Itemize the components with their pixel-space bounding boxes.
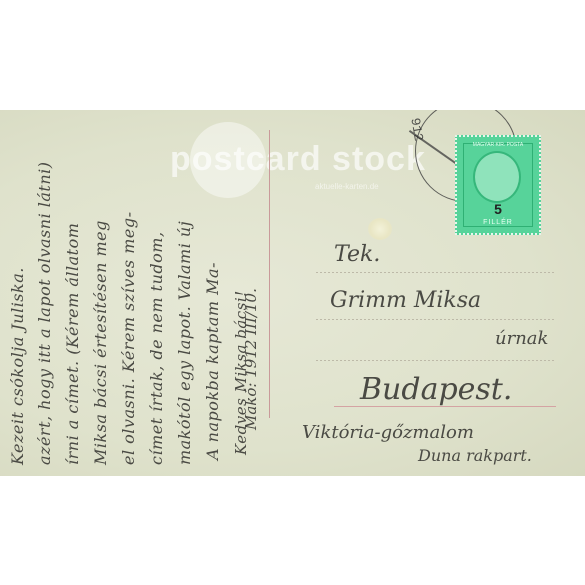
- watermark-text: postcard stock: [170, 140, 426, 179]
- message-line-7: azért, hogy itt a lapot olvasni látni): [35, 161, 54, 465]
- message-line-5: Miksa bácsi értesítésen meg: [91, 220, 110, 465]
- address-line-3: [316, 360, 556, 361]
- message-line-6: írni a címet. (Kérem állatom: [63, 223, 82, 465]
- address-line-2: [316, 319, 556, 320]
- stamp-unit: FILLÉR: [457, 219, 539, 226]
- place-date: Makó: 1912 III/10.: [242, 288, 260, 430]
- message-line-1: A napokba kaptam Ma-: [203, 262, 222, 460]
- center-divider: [269, 130, 270, 418]
- address-honorific: Tek.: [334, 242, 380, 267]
- watermark-subtext: aktuelle-karten.de: [315, 182, 379, 191]
- address-street-1: Viktória-gőzmalom: [302, 422, 474, 443]
- address-name: Grimm Miksa: [330, 288, 481, 313]
- stamp-turul-icon: [473, 151, 521, 203]
- stamp-value: 5: [457, 201, 539, 217]
- message-line-3: címet írtak, de nem tudom,: [147, 231, 166, 465]
- stain: [368, 218, 392, 240]
- postage-stamp: MAGYAR KIR. POSTA 5 FILLÉR: [455, 135, 541, 235]
- postmark-year: 912: [407, 117, 426, 143]
- address-city: Budapest.: [360, 372, 512, 407]
- message-line-2: makótól egy lapot. Valami új: [175, 221, 194, 465]
- message-line-8: Kezeit csókolja Juliska.: [8, 267, 27, 465]
- postcard-back: postcard stock aktuelle-karten.de Kedves…: [0, 110, 585, 476]
- address-line-1: [316, 272, 556, 273]
- address-street-2: Duna rakpart.: [418, 446, 532, 465]
- stamp-country: MAGYAR KIR. POSTA: [457, 142, 539, 148]
- message-line-4: el olvasni. Kérem szíves meg-: [119, 211, 138, 465]
- address-suffix: úrnak: [495, 328, 548, 349]
